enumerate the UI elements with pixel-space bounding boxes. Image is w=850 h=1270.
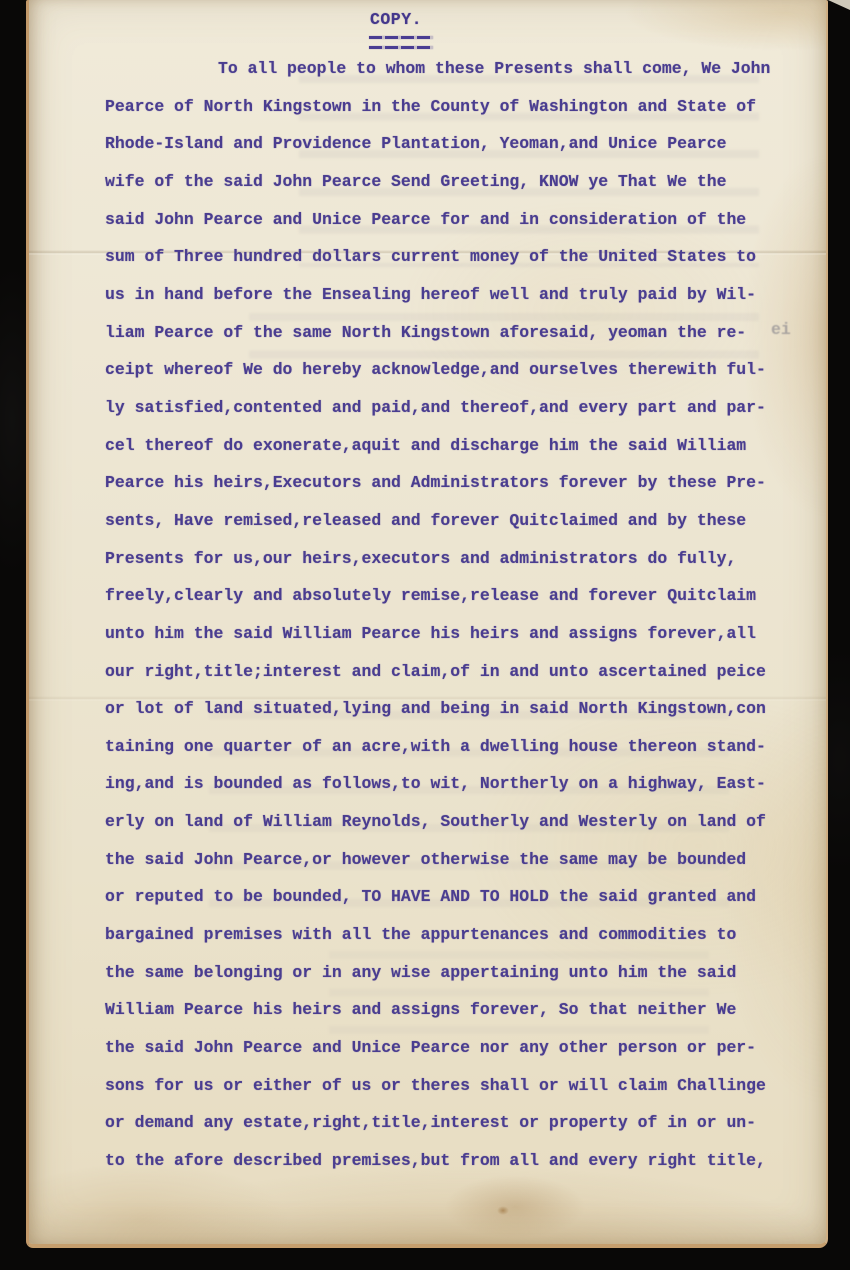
- text-line: William Pearce his heirs and assigns for…: [105, 991, 795, 1029]
- text-line: our right,title;interest and claim,of in…: [105, 653, 795, 691]
- text-line: erly on land of William Reynolds, Southe…: [105, 803, 795, 841]
- text-line: ly satisfied,contented and paid,and ther…: [105, 389, 795, 427]
- text-line: ceipt whereof We do hereby acknowledge,a…: [105, 351, 795, 389]
- text-line: ing,and is bounded as follows,to wit, No…: [105, 765, 795, 803]
- text-line: Rhode-Island and Providence Plantation, …: [105, 125, 795, 163]
- photograph-background: { "document": { "heading": "COPY.", "gho…: [0, 0, 850, 1270]
- text-line: or lot of land situated,lying and being …: [105, 690, 795, 728]
- text-line: said John Pearce and Unice Pearce for an…: [105, 201, 795, 239]
- heading-underline: [369, 36, 433, 39]
- document-page: COPY. To all people to whom these Presen…: [26, 0, 828, 1248]
- text-line: to the afore described premises,but from…: [105, 1142, 795, 1180]
- text-line: or demand any estate,right,title,interes…: [105, 1104, 795, 1142]
- text-line: Pearce of North Kingstown in the County …: [105, 88, 795, 126]
- text-line: sons for us or either of us or theres sh…: [105, 1067, 795, 1105]
- text-line: the said John Pearce and Unice Pearce no…: [105, 1029, 795, 1067]
- text-line: cel thereof do exonerate,aquit and disch…: [105, 427, 795, 465]
- text-line: To all people to whom these Presents sha…: [105, 50, 795, 88]
- text-line: Presents for us,our heirs,executors and …: [105, 540, 795, 578]
- heading-underline: [369, 46, 433, 49]
- text-line: us in hand before the Ensealing hereof w…: [105, 276, 795, 314]
- text-line: or reputed to be bounded, TO HAVE AND TO…: [105, 878, 795, 916]
- text-line: the said John Pearce,or however otherwis…: [105, 841, 795, 879]
- text-line: sum of Three hundred dollars current mon…: [105, 238, 795, 276]
- text-line: wife of the said John Pearce Send Greeti…: [105, 163, 795, 201]
- text-line: Pearce his heirs,Executors and Administr…: [105, 464, 795, 502]
- text-line: liam Pearce of the same North Kingstown …: [105, 314, 795, 352]
- text-line: freely,clearly and absolutely remise,rel…: [105, 577, 795, 615]
- document-body: To all people to whom these Presents sha…: [105, 50, 795, 1180]
- page-heading: COPY.: [370, 10, 422, 29]
- text-line: bargained premises with all the appurten…: [105, 916, 795, 954]
- text-line: the same belonging or in any wise appert…: [105, 954, 795, 992]
- adjacent-page-corner: [828, 0, 850, 10]
- text-line: unto him the said William Pearce his hei…: [105, 615, 795, 653]
- text-line: taining one quarter of an acre,with a dw…: [105, 728, 795, 766]
- bleed-through-text: ei: [771, 320, 791, 339]
- ink-stain: [497, 1206, 509, 1215]
- text-line: sents, Have remised,released and forever…: [105, 502, 795, 540]
